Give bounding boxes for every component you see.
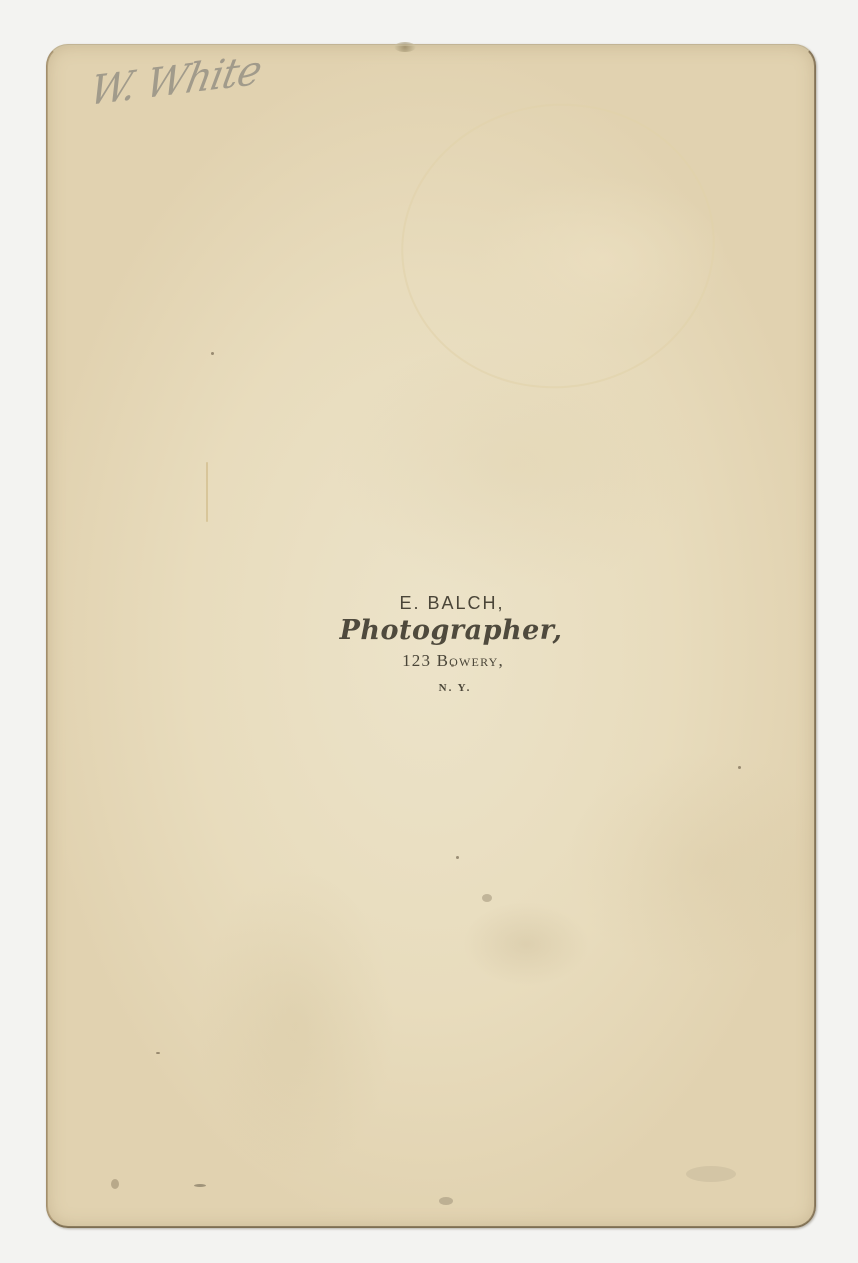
scan-background: W. White E. BALCH, Photographer, 123 Bow… xyxy=(0,0,858,1263)
stain-spot xyxy=(482,894,492,902)
photographer-trade: Photographer, xyxy=(46,614,816,648)
edge-nick xyxy=(394,42,416,52)
speck xyxy=(738,766,741,769)
pencil-inscription: W. White xyxy=(86,47,265,115)
speck xyxy=(211,352,214,355)
studio-address: 123 Bowery, xyxy=(46,648,816,674)
speck xyxy=(456,856,459,859)
stain-spot xyxy=(111,1179,119,1189)
stain-spot xyxy=(686,1166,736,1182)
studio-city: N. Y. xyxy=(46,674,816,702)
speck xyxy=(156,1052,160,1054)
cabinet-card-back: W. White E. BALCH, Photographer, 123 Bow… xyxy=(46,44,816,1228)
stain-spot xyxy=(439,1197,453,1205)
oval-stain xyxy=(383,84,733,409)
photographer-imprint: E. BALCH, Photographer, 123 Bowery, N. Y… xyxy=(46,592,816,702)
photographer-name: E. BALCH, xyxy=(46,592,816,614)
crease-mark xyxy=(206,462,208,522)
speck xyxy=(194,1184,206,1187)
